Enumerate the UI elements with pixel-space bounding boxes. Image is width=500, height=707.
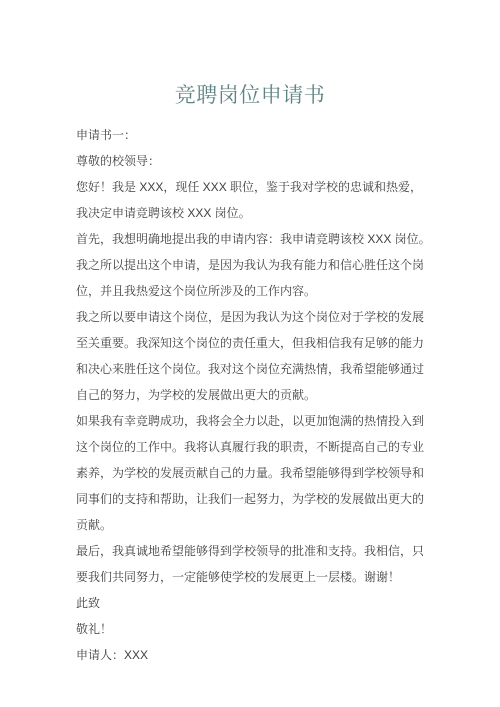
letter-body: 申请书一： 尊敬的校领导： 您好！我是 XXX，现任 XXX 职位，鉴于我对学校…: [76, 122, 434, 668]
paragraph: 您好！我是 XXX，现任 XXX 职位，鉴于我对学校的忠诚和热爱，我决定申请竞聘…: [76, 174, 434, 226]
applicant-line: 申请人：XXX: [76, 642, 434, 668]
document-title: 竞聘岗位申请书: [0, 83, 500, 109]
paragraph: 首先，我想明确地提出我的申请内容：我申请竞聘该校 XXX 岗位。我之所以提出这个…: [76, 226, 434, 304]
salutation-line: 申请书一：: [76, 122, 434, 148]
closing-salute-line: 敬礼！: [76, 616, 434, 642]
paragraph: 最后，我真诚地希望能够得到学校领导的批准和支持。我相信，只要我们共同努力，一定能…: [76, 538, 434, 590]
closing-cizhi-line: 此致: [76, 590, 434, 616]
paragraph: 如果我有幸竞聘成功，我将会全力以赴，以更加饱满的热情投入到这个岗位的工作中。我将…: [76, 408, 434, 538]
paragraph: 我之所以要申请这个岗位，是因为我认为这个岗位对于学校的发展至关重要。我深知这个岗…: [76, 304, 434, 408]
document-page: 竞聘岗位申请书 申请书一： 尊敬的校领导： 您好！我是 XXX，现任 XXX 职…: [0, 0, 500, 707]
addressee-line: 尊敬的校领导：: [76, 148, 434, 174]
